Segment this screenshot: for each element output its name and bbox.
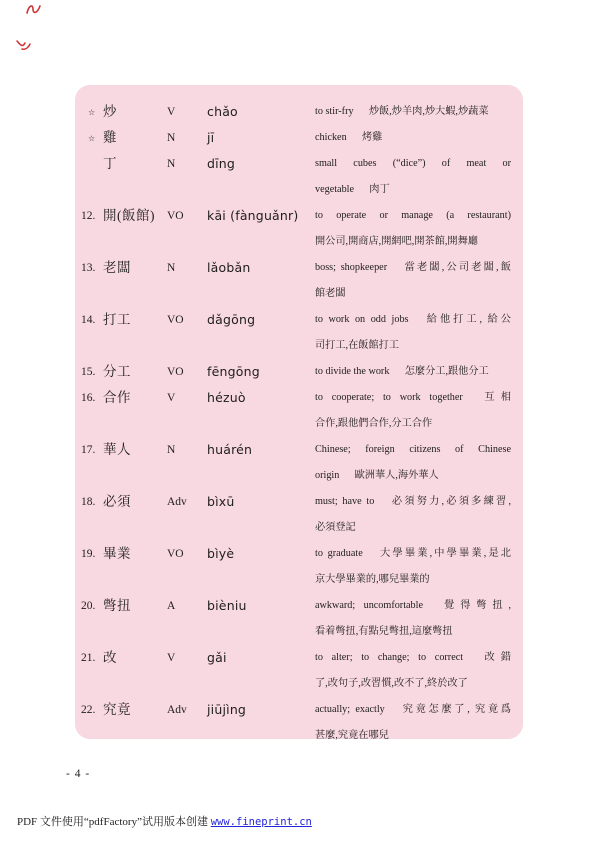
page-number: - 4 -: [66, 768, 90, 780]
entry-hanzi: 炒: [103, 99, 117, 125]
entry-definition: to graduate 大學畢業,中學畢業,是北京大學畢業的,哪兒畢業的: [315, 541, 511, 593]
entry-pinyin: hézuò: [207, 385, 246, 411]
definition-line: boss; shopkeeper 當老闆,公司老闆,飯: [315, 255, 511, 281]
footer-text: PDF 文件使用“pdfFactory”试用版本创建: [17, 816, 211, 828]
entry-number: 21.: [81, 645, 105, 671]
definition-line: to cooperate; to work together 互相: [315, 385, 511, 411]
vocab-entry: 18. 必須 Adv bìxū must; have to 必須努力,必須多練習…: [75, 489, 523, 541]
definition-line: awkward; uncomfortable 覺得彆扭,: [315, 593, 511, 619]
vocab-entry: 丁 N dīng small cubes (“dice”) of meat or…: [75, 151, 523, 203]
entry-definition: must; have to 必須努力,必須多練習,必須登記: [315, 489, 511, 541]
entry-number: 12.: [81, 203, 105, 229]
entry-definition: to alter; to change; to correct 改錯了,改句子,…: [315, 645, 511, 697]
entry-definition: actually; exactly 究竟怎麼了, 究竟爲甚麼,究竟在哪兒: [315, 697, 511, 749]
definition-line: 合作,跟他們合作,分工合作: [315, 411, 511, 437]
entry-pinyin: chǎo: [207, 99, 238, 125]
definition-line: 了,改句子,改習慣,改不了,終於改了: [315, 671, 511, 697]
entry-hanzi: 合作: [103, 385, 131, 411]
definition-line: actually; exactly 究竟怎麼了, 究竟爲: [315, 697, 511, 723]
entry-number: 17.: [81, 437, 105, 463]
entry-pinyin: jī: [207, 125, 214, 151]
definition-line: to operate or manage (a restaurant): [315, 203, 511, 229]
entry-part-of-speech: VO: [167, 203, 184, 229]
entry-number: 13.: [81, 255, 105, 281]
definition-line: 開公司,開商店,開網吧,開茶館,開舞廳: [315, 229, 511, 255]
definition-line: Chinese; foreign citizens of Chinese: [315, 437, 511, 463]
entry-definition: boss; shopkeeper 當老闆,公司老闆,飯館老闆: [315, 255, 511, 307]
definition-line: 看着彆扭,有點兒彆扭,這麼彆扭: [315, 619, 511, 645]
entry-hanzi: 究竟: [103, 697, 131, 723]
vocab-entry: 21. 改 V gǎi to alter; to change; to corr…: [75, 645, 523, 697]
entry-number: 22.: [81, 697, 105, 723]
red-ink-mark-icon: [15, 37, 32, 57]
definition-line: small cubes (“dice”) of meat or: [315, 151, 511, 177]
definition-line: must; have to 必須努力,必須多練習,: [315, 489, 511, 515]
definition-line: to graduate 大學畢業,中學畢業,是北: [315, 541, 511, 567]
definition-line: 館老闆: [315, 281, 511, 307]
vocab-entry: 20. 彆扭 A bièniu awkward; uncomfortable 覺…: [75, 593, 523, 645]
vocab-entry: 22. 究竟 Adv jiūjìng actually; exactly 究竟怎…: [75, 697, 523, 749]
definition-line: to work on odd jobs 給他打工, 給公: [315, 307, 511, 333]
entry-part-of-speech: VO: [167, 541, 184, 567]
entry-pinyin: fēngōng: [207, 359, 260, 385]
fineprint-link[interactable]: www.fineprint.cn: [211, 816, 312, 828]
pdf-factory-footer: PDF 文件使用“pdfFactory”试用版本创建 www.fineprint…: [17, 813, 312, 829]
entry-part-of-speech: A: [167, 593, 175, 619]
entry-definition: awkward; uncomfortable 覺得彆扭,看着彆扭,有點兒彆扭,這…: [315, 593, 511, 645]
vocab-entry: ☆ 炒 V chǎo to stir-fry 炒飯,炒羊肉,炒大蝦,炒蔬菜: [75, 99, 523, 125]
entry-definition: to divide the work 怎麼分工,跟他分工: [315, 359, 511, 385]
entry-hanzi: 開(飯館): [103, 203, 155, 229]
entry-hanzi: 畢業: [103, 541, 131, 567]
definition-line: chicken 烤雞: [315, 125, 511, 151]
definition-line: origin 歐洲華人,海外華人: [315, 463, 511, 489]
entry-definition: small cubes (“dice”) of meat orvegetable…: [315, 151, 511, 203]
entry-pinyin: bìxū: [207, 489, 235, 515]
entry-part-of-speech: VO: [167, 307, 184, 333]
definition-line: 京大學畢業的,哪兒畢業的: [315, 567, 511, 593]
entry-definition: to stir-fry 炒飯,炒羊肉,炒大蝦,炒蔬菜: [315, 99, 511, 125]
vocab-entry: 16. 合作 V hézuò to cooperate; to work tog…: [75, 385, 523, 437]
entry-number: 18.: [81, 489, 105, 515]
star-marker-icon: ☆: [88, 100, 95, 126]
vocab-entry: 17. 華人 N huárén Chinese; foreign citizen…: [75, 437, 523, 489]
entry-hanzi: 老闆: [103, 255, 131, 281]
definition-line: to divide the work 怎麼分工,跟他分工: [315, 359, 511, 385]
entry-pinyin: gǎi: [207, 645, 227, 671]
entry-number: 20.: [81, 593, 105, 619]
entry-pinyin: bièniu: [207, 593, 247, 619]
vocab-entry: 13. 老闆 N lǎobǎn boss; shopkeeper 當老闆,公司老…: [75, 255, 523, 307]
entry-part-of-speech: N: [167, 255, 175, 281]
entry-hanzi: 華人: [103, 437, 131, 463]
red-ink-mark-icon: [25, 2, 42, 22]
entry-definition: to cooperate; to work together 互相合作,跟他們合…: [315, 385, 511, 437]
vocab-entry: 14. 打工 VO dǎgōng to work on odd jobs 給他打…: [75, 307, 523, 359]
star-marker-icon: ☆: [88, 126, 95, 152]
vocab-entry: 15. 分工 VO fēngōng to divide the work 怎麼分…: [75, 359, 523, 385]
entry-pinyin: kāi (fànguǎnr): [207, 203, 298, 229]
entry-number: 15.: [81, 359, 105, 385]
definition-line: to stir-fry 炒飯,炒羊肉,炒大蝦,炒蔬菜: [315, 99, 511, 125]
entry-hanzi: 打工: [103, 307, 131, 333]
entry-part-of-speech: V: [167, 99, 175, 125]
definition-line: 司打工,在飯館打工: [315, 333, 511, 359]
entry-hanzi: 丁: [103, 151, 117, 177]
vocab-entry-list: ☆ 炒 V chǎo to stir-fry 炒飯,炒羊肉,炒大蝦,炒蔬菜 ☆ …: [75, 99, 523, 749]
vocab-entry: 19. 畢業 VO bìyè to graduate 大學畢業,中學畢業,是北京…: [75, 541, 523, 593]
entry-hanzi: 必須: [103, 489, 131, 515]
entry-number: 19.: [81, 541, 105, 567]
entry-hanzi: 雞: [103, 125, 117, 151]
entry-definition: to work on odd jobs 給他打工, 給公司打工,在飯館打工: [315, 307, 511, 359]
pdf-page: { "colors": { "card_background": "#f8d8e…: [0, 0, 595, 842]
entry-definition: chicken 烤雞: [315, 125, 511, 151]
definition-line: vegetable 肉丁: [315, 177, 511, 203]
vocab-card: ☆ 炒 V chǎo to stir-fry 炒飯,炒羊肉,炒大蝦,炒蔬菜 ☆ …: [75, 85, 523, 739]
entry-pinyin: jiūjìng: [207, 697, 246, 723]
entry-part-of-speech: V: [167, 385, 175, 411]
entry-hanzi: 改: [103, 645, 117, 671]
definition-line: to alter; to change; to correct 改錯: [315, 645, 511, 671]
entry-part-of-speech: N: [167, 437, 175, 463]
entry-part-of-speech: Adv: [167, 489, 187, 515]
entry-definition: to operate or manage (a restaurant)開公司,開…: [315, 203, 511, 255]
definition-line: 甚麼,究竟在哪兒: [315, 723, 511, 749]
entry-hanzi: 分工: [103, 359, 131, 385]
entry-pinyin: lǎobǎn: [207, 255, 251, 281]
entry-pinyin: bìyè: [207, 541, 234, 567]
vocab-entry: 12. 開(飯館) VO kāi (fànguǎnr) to operate o…: [75, 203, 523, 255]
entry-pinyin: huárén: [207, 437, 252, 463]
entry-number: 14.: [81, 307, 105, 333]
definition-line: 必須登記: [315, 515, 511, 541]
vocab-entry: ☆ 雞 N jī chicken 烤雞: [75, 125, 523, 151]
entry-number: 16.: [81, 385, 105, 411]
entry-pinyin: dīng: [207, 151, 235, 177]
entry-part-of-speech: VO: [167, 359, 184, 385]
entry-part-of-speech: N: [167, 151, 175, 177]
entry-part-of-speech: V: [167, 645, 175, 671]
entry-pinyin: dǎgōng: [207, 307, 255, 333]
entry-definition: Chinese; foreign citizens of Chineseorig…: [315, 437, 511, 489]
entry-part-of-speech: Adv: [167, 697, 187, 723]
entry-hanzi: 彆扭: [103, 593, 131, 619]
entry-part-of-speech: N: [167, 125, 175, 151]
